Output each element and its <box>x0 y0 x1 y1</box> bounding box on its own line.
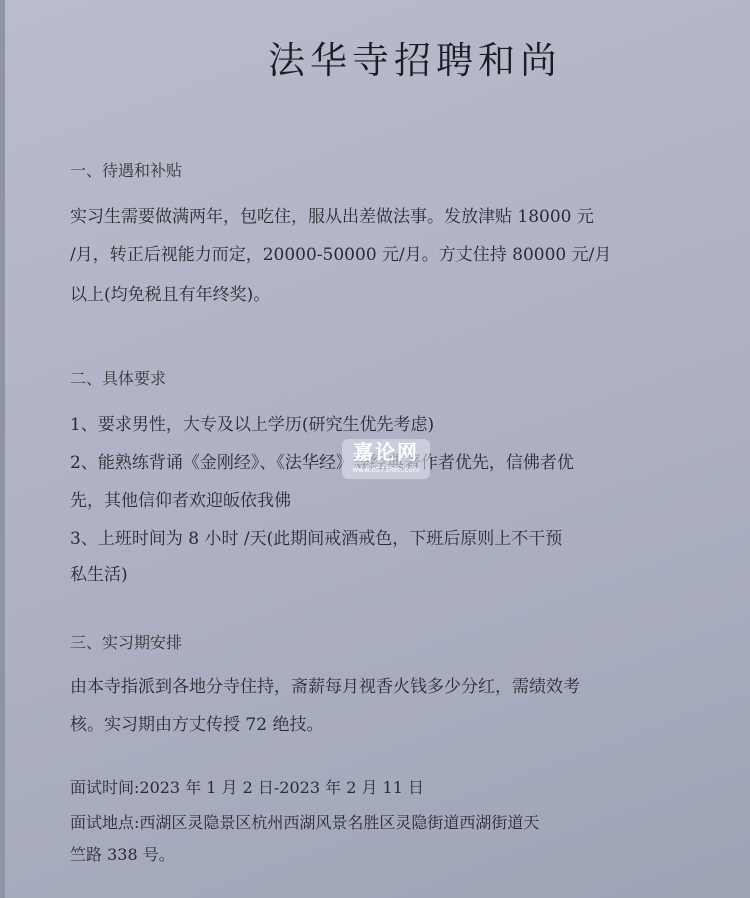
paper-edge <box>0 0 5 898</box>
internship-line: 由本寺指派到各地分寺住持，斋薪每月视香火钱多少分红，需绩效考 <box>70 672 580 697</box>
watermark-logo: 嘉论网 www.0573Ren.com <box>342 439 430 479</box>
benefits-line: 以上(均免税且有年终奖)。 <box>70 280 270 305</box>
interview-location: 面试地点:西湖区灵隐景区杭州西湖风景名胜区灵隐街道西湖街道天 <box>70 810 539 833</box>
watermark-url: www.0573Ren.com <box>342 465 430 475</box>
section-heading-benefits: 一、待遇和补贴 <box>70 158 182 181</box>
watermark-name: 嘉论网 <box>342 439 430 465</box>
section-heading-internship: 三、实习期安排 <box>70 630 182 653</box>
requirement-item: 1、要求男性，大专及以上学历(研究生优先考虑) <box>70 410 434 435</box>
document-title: 法华寺招聘和尚 <box>268 30 562 84</box>
internship-line: 核。实习期由方丈传授 72 绝技。 <box>70 710 323 735</box>
interview-location-cont: 竺路 338 号。 <box>70 842 175 865</box>
requirement-item: 2、能熟练背诵《金刚经》、《法华经》等经典著作者优先，信佛者优 <box>70 448 574 473</box>
interview-time: 面试时间:2023 年 1 月 2 日-2023 年 2 月 11 日 <box>70 775 424 798</box>
benefits-line: 实习生需要做满两年，包吃住，服从出差做法事。发放津贴 18000 元 <box>70 202 594 227</box>
requirement-item: 先，其他信仰者欢迎皈依我佛 <box>70 486 291 511</box>
requirement-item: 3、上班时间为 8 小时 /天(此期间戒酒戒色，下班后原则上不干预 <box>70 524 562 549</box>
requirement-item: 私生活) <box>70 560 128 585</box>
section-heading-requirements: 二、具体要求 <box>70 366 166 389</box>
benefits-line: /月，转正后视能力而定，20000-50000 元/月。方丈住持 80000 元… <box>70 240 611 265</box>
